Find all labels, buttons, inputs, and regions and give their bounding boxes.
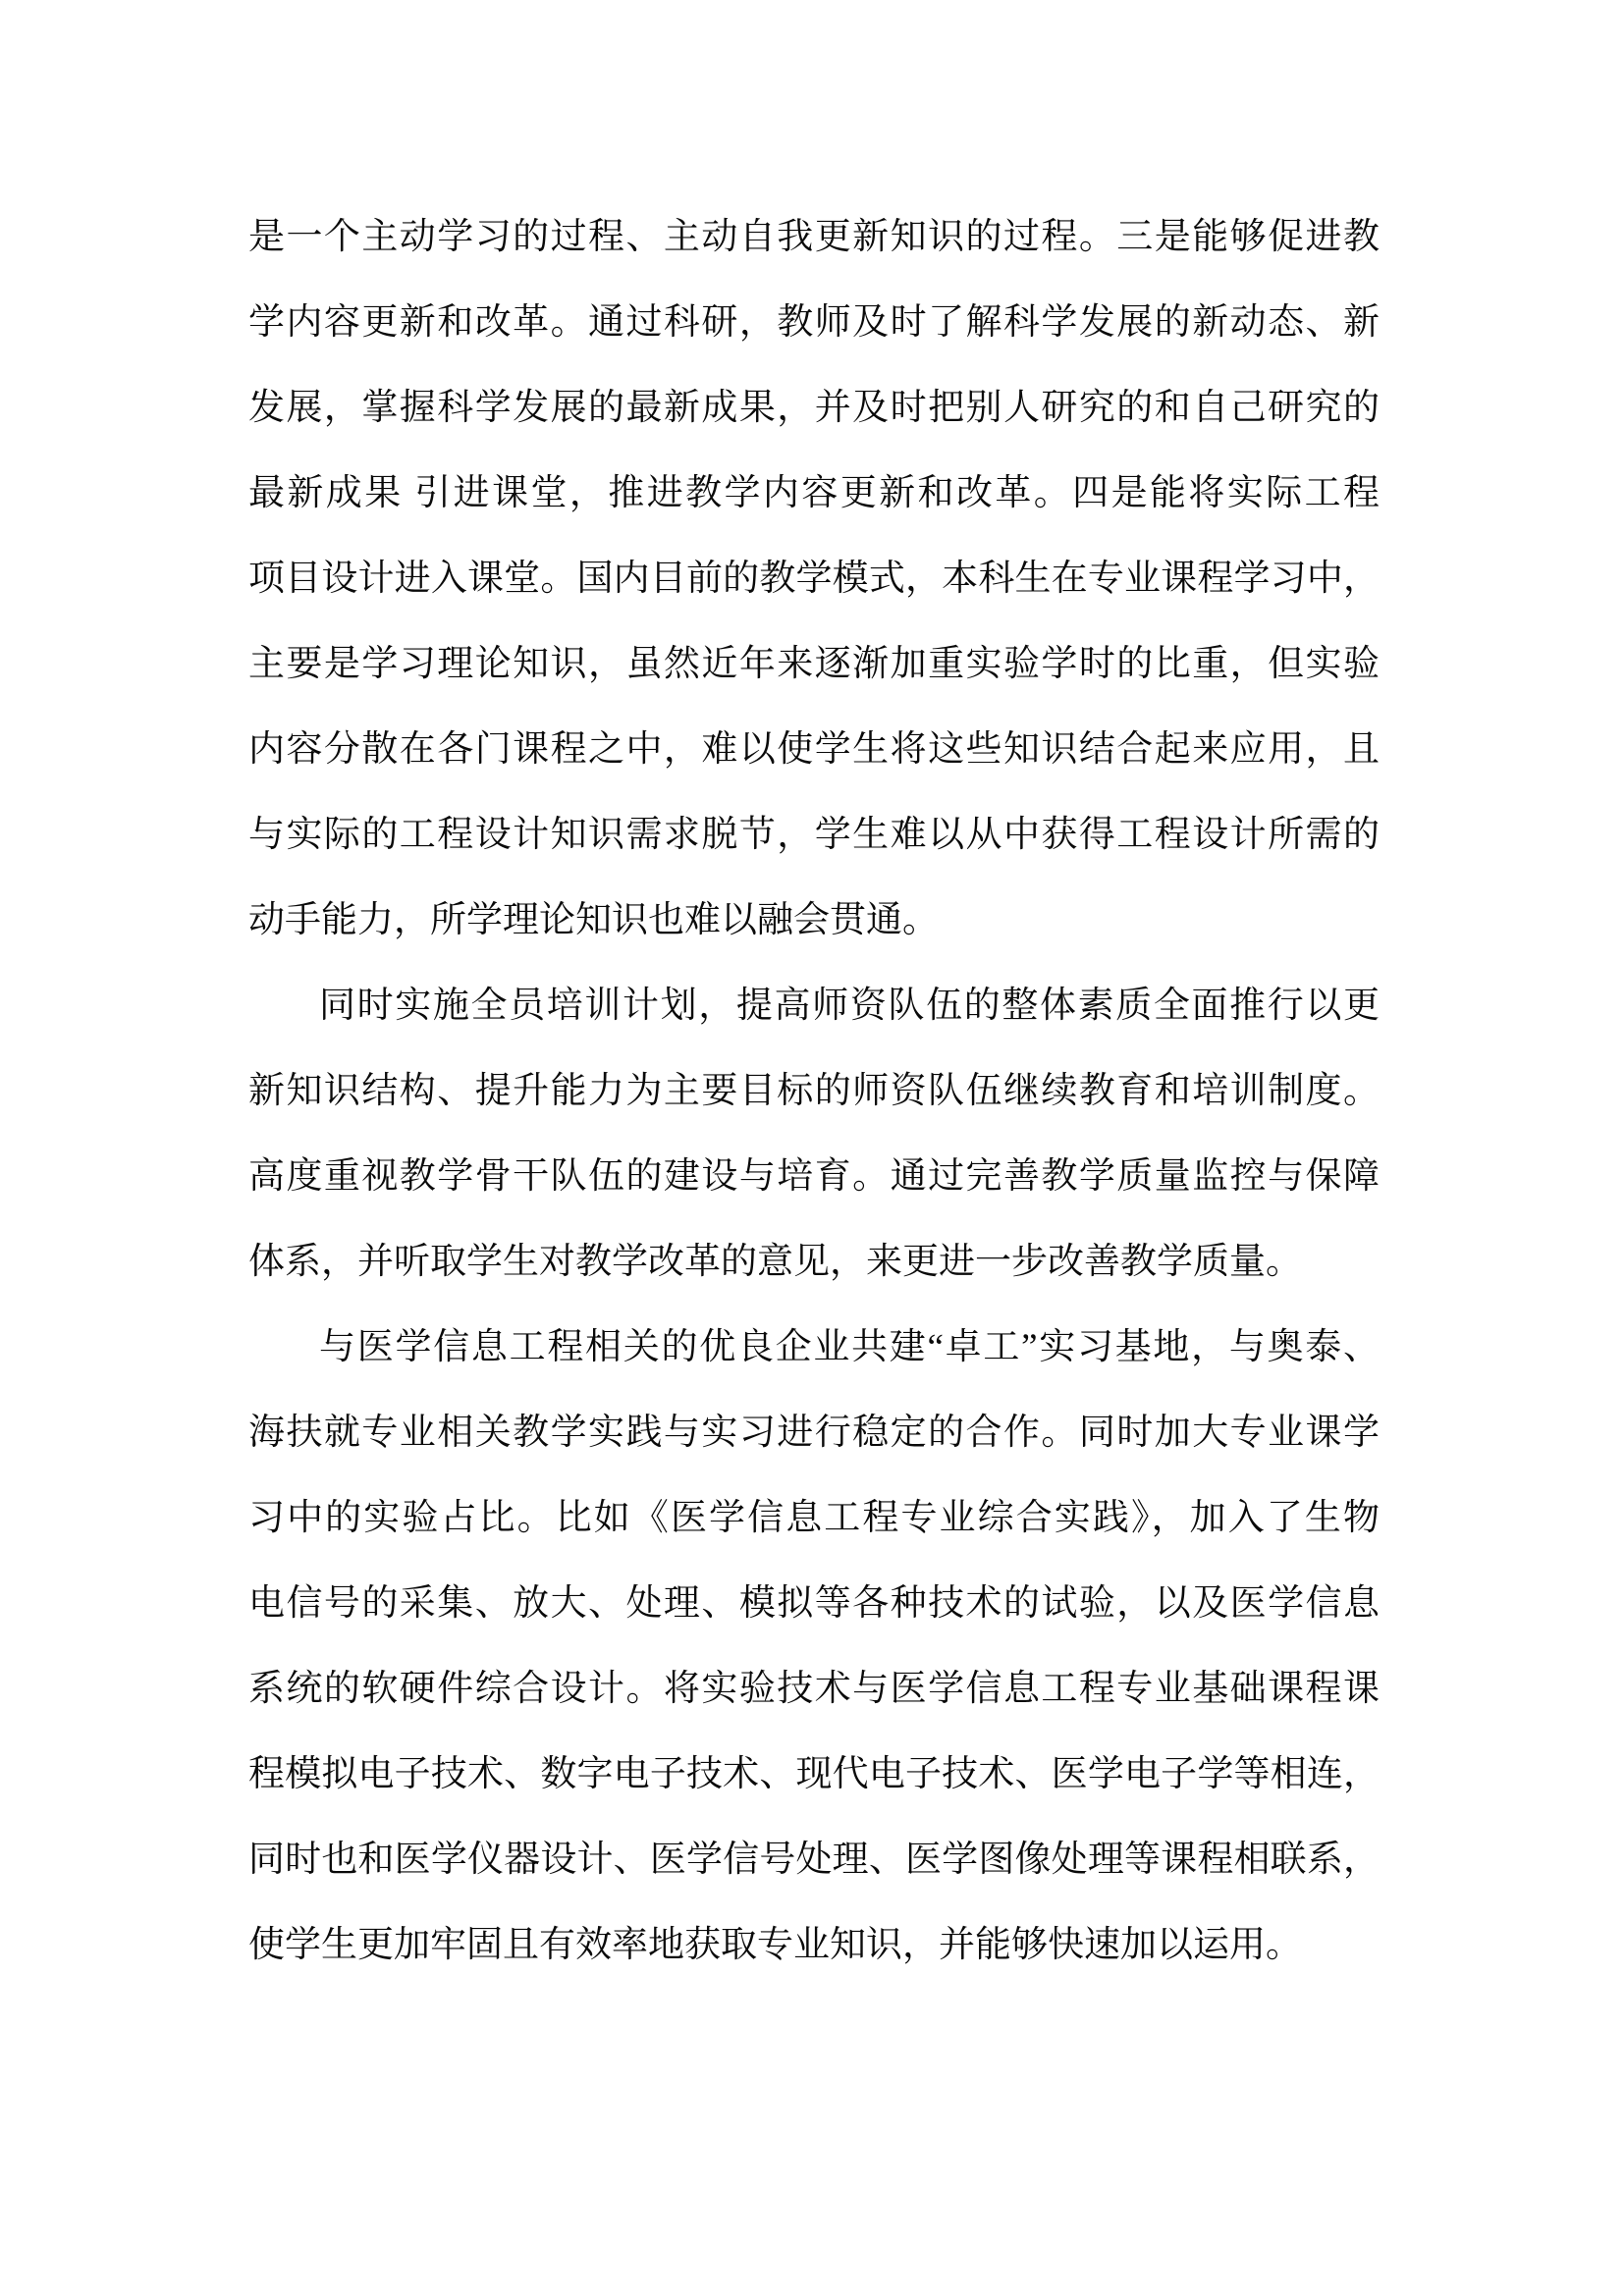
text-line: 同时实施全员培训计划，提高师资队伍的整体素质全面推行以更 — [248, 963, 1380, 1048]
text-line: 最新成果 引进课堂，推进教学内容更新和改革。四是能将实际工程 — [248, 451, 1380, 536]
text-line: 项目设计进入课堂。国内目前的教学模式，本科生在专业课程学习中， — [248, 536, 1380, 621]
text-line: 程模拟电子技术、数字电子技术、现代电子技术、医学电子学等相连， — [248, 1732, 1380, 1817]
text-line: 体系，并听取学生对教学改革的意见，来更进一步改善教学质量。 — [248, 1219, 1380, 1305]
text-line: 海扶就专业相关教学实践与实习进行稳定的合作。同时加大专业课学 — [248, 1390, 1380, 1475]
text-line: 学内容更新和改革。通过科研，教师及时了解科学发展的新动态、新 — [248, 280, 1380, 365]
text-line: 同时也和医学仪器设计、医学信号处理、医学图像处理等课程相联系， — [248, 1817, 1380, 1902]
text-line: 电信号的采集、放大、处理、模拟等各种技术的试验，以及医学信息 — [248, 1561, 1380, 1646]
text-line: 发展，掌握科学发展的最新成果，并及时把别人研究的和自己研究的 — [248, 365, 1380, 451]
text-line: 习中的实验占比。比如《医学信息工程专业综合实践》，加入了生物 — [248, 1475, 1380, 1561]
document-page: 是一个主动学习的过程、主动自我更新知识的过程。三是能够促进教 学内容更新和改革。… — [0, 0, 1624, 2296]
text-line: 与实际的工程设计知识需求脱节，学生难以从中获得工程设计所需的 — [248, 792, 1380, 878]
text-line: 与医学信息工程相关的优良企业共建“卓工”实习基地，与奥泰、 — [248, 1305, 1380, 1390]
text-line: 高度重视教学骨干队伍的建设与培育。通过完善教学质量监控与保障 — [248, 1134, 1380, 1219]
text-line: 使学生更加牢固且有效率地获取专业知识，并能够快速加以运用。 — [248, 1902, 1380, 1988]
text-line: 是一个主动学习的过程、主动自我更新知识的过程。三是能够促进教 — [248, 194, 1380, 280]
text-line: 系统的软硬件综合设计。将实验技术与医学信息工程专业基础课程课 — [248, 1646, 1380, 1732]
text-line: 内容分散在各门课程之中，难以使学生将这些知识结合起来应用，且 — [248, 707, 1380, 792]
text-line: 动手能力，所学理论知识也难以融会贯通。 — [248, 878, 1380, 963]
text-block: 是一个主动学习的过程、主动自我更新知识的过程。三是能够促进教 学内容更新和改革。… — [248, 194, 1380, 1988]
text-line: 新知识结构、提升能力为主要目标的师资队伍继续教育和培训制度。 — [248, 1048, 1380, 1134]
text-line: 主要是学习理论知识，虽然近年来逐渐加重实验学时的比重，但实验 — [248, 621, 1380, 707]
